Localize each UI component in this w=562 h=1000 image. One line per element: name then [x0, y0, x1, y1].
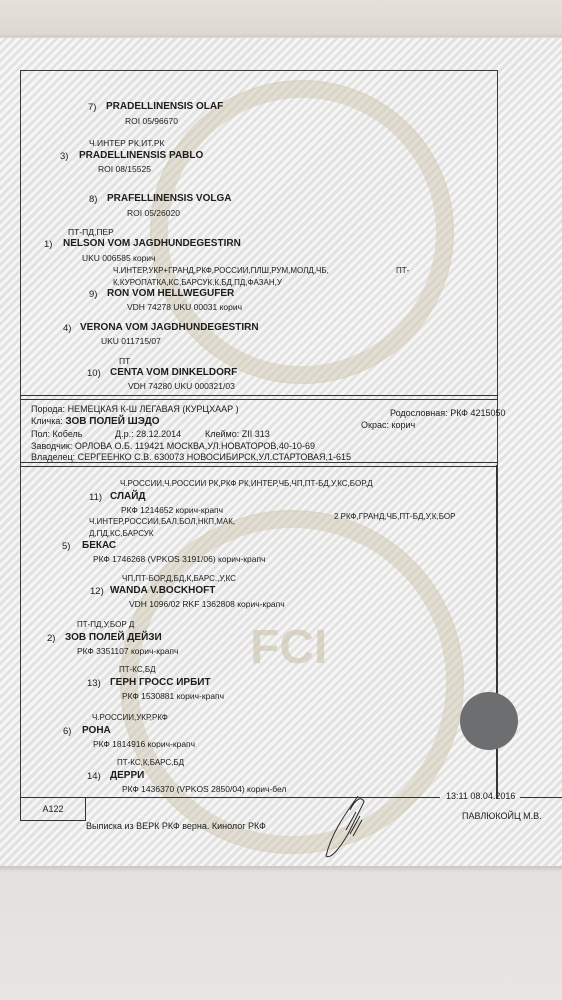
g1-name: NELSON VOM JAGDHUNDEGESTIRN — [63, 238, 241, 249]
hologram-dot — [460, 692, 518, 750]
certification-text: Выписка из ВЕРК РКФ верна. Кинолог РКФ — [86, 821, 266, 831]
timestamp: 13:11 08.04.2016 — [446, 791, 515, 801]
g5-titles: Ч.ИНТЕР,РОССИИ,БАЛ,БОЛ,НКП,МАК, — [89, 517, 235, 526]
dog-name-label: Кличка: — [31, 416, 63, 426]
g10-reg: VDH 74280 UKU 000321/03 — [128, 381, 235, 391]
g3-titles: Ч.ИНТЕР РК,ИТ.РК — [89, 138, 165, 148]
signer-name: ПАВЛЮКОЙЦ М.В. — [462, 811, 542, 821]
owner-value: СЕРГЕЕНКО С.В. 630073 НОВОСИБИРСК,УЛ.СТА… — [78, 452, 351, 462]
g7-name: PRADELLINENSIS OLAF — [106, 101, 223, 112]
g14-name: ДЕРРИ — [110, 770, 144, 781]
g13-num: 13) — [87, 678, 101, 689]
g1-titles2: Ч.ИНТЕР,УКР+ГРАНД,РКФ,РОССИИ,ПЛШ,РУМ,МОЛ… — [113, 266, 329, 275]
g11-reg: РКФ 1214652 корич-крапч — [121, 505, 223, 515]
g6-titles: Ч.РОССИИ,УКР,РКФ — [92, 713, 168, 722]
footer-line-right — [520, 797, 562, 798]
g12-reg: VDH 1096/02 RKF 1362808 корич-крапч — [129, 599, 285, 609]
g5-reg: РКФ 1746268 (VPKOS 3191/06) корич-крапч — [93, 554, 266, 564]
section-divider-top — [20, 395, 498, 400]
sex-label: Пол: — [31, 429, 50, 439]
color-row: Окрас: корич — [361, 420, 415, 430]
g13-titles: ПТ-КС,БД — [119, 665, 156, 674]
breed-label: Порода: — [31, 404, 65, 414]
g14-num: 14) — [87, 771, 101, 782]
sex-row: Пол: Кобель — [31, 429, 83, 439]
breed-value: НЕМЕЦКАЯ К-Ш ЛЕГАВАЯ (КУРЦХААР ) — [68, 404, 239, 414]
g8-num: 8) — [89, 194, 97, 205]
brand-value: ZII 313 — [242, 429, 270, 439]
g1-titles2-right: ПТ- — [396, 266, 409, 275]
g11-name: СЛАЙД — [110, 491, 146, 502]
g12-num: 12) — [90, 586, 104, 597]
pedigree-value: РКФ 4215050 — [450, 408, 505, 418]
g6-name: РОНА — [82, 725, 111, 736]
breeder-value: ОРЛОВА О.Б. 119421 МОСКВА,УЛ.НОВАТОРОВ,4… — [75, 441, 315, 451]
g13-name: ГЕРН ГРОСС ИРБИТ — [110, 677, 211, 688]
g5-titles2: Д,ПД,КС,БАРСУК — [89, 529, 154, 538]
g12-name: WANDA V.BOCKHOFT — [110, 585, 215, 596]
g7-reg: ROI 05/96670 — [125, 116, 178, 126]
dog-name-row: Кличка: ЗОВ ПОЛЕЙ ШЭДО — [31, 416, 159, 427]
g4-name: VERONA VOM JAGDHUNDEGESTIRN — [80, 322, 259, 333]
g3-reg: ROI 08/15525 — [98, 164, 151, 174]
dob-row: Д.р.: 28.12.2014 — [115, 429, 181, 439]
g4-num: 4) — [63, 323, 71, 334]
g8-reg: ROI 05/26020 — [127, 208, 180, 218]
g9-reg: VDH 74278 UKU 00031 корич — [127, 302, 242, 312]
dob-value: 28.12.2014 — [136, 429, 181, 439]
g1-reg: UKU 006585 корич — [82, 253, 155, 263]
sex-value: Кобель — [53, 429, 83, 439]
g1-titles: ПТ-ПД,ПЕР — [68, 227, 114, 237]
signature-icon — [320, 790, 380, 865]
color-label: Окрас: — [361, 420, 389, 430]
breed-row: Порода: НЕМЕЦКАЯ К-Ш ЛЕГАВАЯ (КУРЦХААР ) — [31, 404, 239, 414]
pedigree-row: Родословная: РКФ 4215050 — [390, 408, 506, 418]
g6-num: 6) — [63, 726, 71, 737]
breeder-row: Заводчик: ОРЛОВА О.Б. 119421 МОСКВА,УЛ.Н… — [31, 441, 315, 451]
g12-titles: ЧП,ПТ-БОР,Д,БД,К,БАРС.,У,КС — [122, 574, 236, 583]
dog-name-value: ЗОВ ПОЛЕЙ ШЭДО — [65, 416, 159, 427]
g3-name: PRADELLINENSIS PABLO — [79, 150, 203, 161]
g8-name: PRAFELLINENSIS VOLGA — [107, 193, 231, 204]
brand-label: Клеймо: — [205, 429, 239, 439]
g2-reg: РКФ 3351107 корич-крапч — [77, 646, 178, 656]
g11-titles: Ч.РОССИИ,Ч.РОССИИ РК,РКФ РК,ИНТЕР,ЧБ,ЧП,… — [120, 479, 373, 488]
g2-name: ЗОВ ПОЛЕЙ ДЕЙЗИ — [65, 632, 162, 643]
g9-num: 9) — [89, 289, 97, 300]
g11-num: 11) — [89, 492, 102, 503]
breeder-label: Заводчик: — [31, 441, 72, 451]
color-value: корич — [391, 420, 415, 430]
brand-row: Клеймо: ZII 313 — [205, 429, 270, 439]
g14-reg: РКФ 1436370 (VPKOS 2850/04) корич-бел — [122, 784, 286, 794]
g5-name: БЕКАС — [82, 540, 116, 551]
g10-titles: ПТ — [119, 356, 130, 366]
g14-titles: ПТ-КС,К,БАРС,БД — [117, 758, 184, 767]
pedigree-label: Родословная: — [390, 408, 448, 418]
g1-titles2b: К,КУРОПАТКА,КС,БАРСУК,К,БД,ПД,ФАЗАН,У — [113, 278, 282, 287]
g2-titles: ПТ-ПД,У,БОР Д — [77, 620, 134, 629]
g7-num: 7) — [88, 102, 96, 113]
g1-num: 1) — [44, 239, 52, 250]
dob-label: Д.р.: — [115, 429, 134, 439]
g5-titles-right: 2 РКФ,ГРАНД,ЧБ,ПТ-БД,У,К,БОР — [334, 512, 455, 521]
g3-num: 3) — [60, 151, 68, 162]
g10-num: 10) — [87, 368, 101, 379]
section-divider-bottom — [20, 462, 498, 467]
owner-label: Владелец: — [31, 452, 75, 462]
g9-name: RON VOM HELLWEGUFER — [107, 288, 234, 299]
g10-name: CENTA VOM DINKELDORF — [110, 367, 237, 378]
g13-reg: РКФ 1530881 корич-крапч — [122, 691, 224, 701]
owner-row: Владелец: СЕРГЕЕНКО С.В. 630073 НОВОСИБИ… — [31, 452, 351, 462]
g6-reg: РКФ 1814916 корич-крапч — [93, 739, 195, 749]
g4-reg: UKU 011715/07 — [101, 336, 161, 346]
g2-num: 2) — [47, 633, 55, 644]
g5-num: 5) — [62, 541, 70, 552]
document-code: A122 — [20, 798, 86, 821]
